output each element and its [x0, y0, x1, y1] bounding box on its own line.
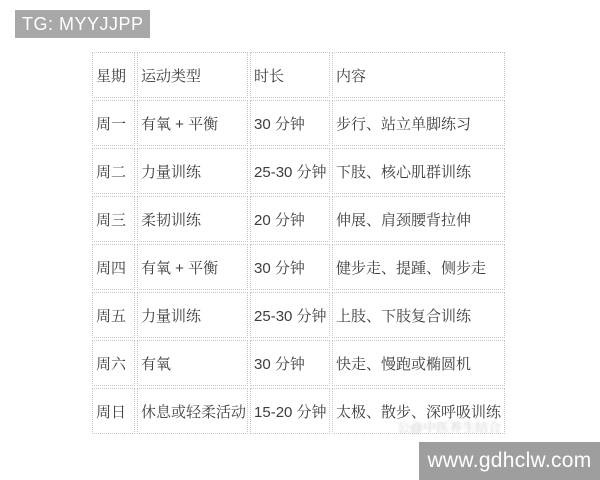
- table-row: 周三 柔韧训练 20 分钟 伸展、肩颈腰背拉伸: [92, 196, 505, 242]
- table-row: 周一 有氧 + 平衡 30 分钟 步行、站立单脚练习: [92, 100, 505, 146]
- table-header-row: 星期 运动类型 时长 内容: [92, 52, 505, 98]
- cell-day: 周五: [92, 292, 135, 338]
- cell-duration: 25-30 分钟: [250, 148, 330, 194]
- table-row: 周六 有氧 30 分钟 快走、慢跑或椭圆机: [92, 340, 505, 386]
- cell-exercise-type: 休息或轻柔活动: [137, 388, 248, 434]
- col-header-content: 内容: [332, 52, 505, 98]
- cell-duration: 30 分钟: [250, 244, 330, 290]
- cell-day: 周六: [92, 340, 135, 386]
- tg-badge: TG: MYYJJPP: [15, 10, 150, 38]
- cell-exercise-type: 力量训练: [137, 292, 248, 338]
- col-header-exercise-type: 运动类型: [137, 52, 248, 98]
- cell-exercise-type: 有氧: [137, 340, 248, 386]
- cell-duration: 30 分钟: [250, 340, 330, 386]
- cell-day: 周四: [92, 244, 135, 290]
- cell-content: 伸展、肩颈腰背拉伸: [332, 196, 505, 242]
- cell-exercise-type: 力量训练: [137, 148, 248, 194]
- cell-duration: 25-30 分钟: [250, 292, 330, 338]
- cell-day: 周一: [92, 100, 135, 146]
- cell-duration: 15-20 分钟: [250, 388, 330, 434]
- page: TG: MYYJJPP 星期 运动类型 时长 内容 周一 有氧 + 平衡 30 …: [0, 0, 600, 480]
- cell-day: 周三: [92, 196, 135, 242]
- cell-exercise-type: 柔韧训练: [137, 196, 248, 242]
- table-row: 周五 力量训练 25-30 分钟 上肢、下肢复合训练: [92, 292, 505, 338]
- cell-content: 快走、慢跑或椭圆机: [332, 340, 505, 386]
- site-url-watermark: www.gdhclw.com: [419, 442, 600, 480]
- col-header-duration: 时长: [250, 52, 330, 98]
- exercise-schedule-table: 星期 运动类型 时长 内容 周一 有氧 + 平衡 30 分钟 步行、站立单脚练习…: [90, 50, 507, 436]
- cell-content: 步行、站立单脚练习: [332, 100, 505, 146]
- cell-duration: 30 分钟: [250, 100, 330, 146]
- table-row: 周日 休息或轻柔活动 15-20 分钟 太极、散步、深呼吸训练: [92, 388, 505, 434]
- cell-content: 太极、散步、深呼吸训练: [332, 388, 505, 434]
- cell-content: 健步走、提踵、侧步走: [332, 244, 505, 290]
- cell-content: 下肢、核心肌群训练: [332, 148, 505, 194]
- col-header-day: 星期: [92, 52, 135, 98]
- table-row: 周四 有氧 + 平衡 30 分钟 健步走、提踵、侧步走: [92, 244, 505, 290]
- cell-exercise-type: 有氧 + 平衡: [137, 100, 248, 146]
- table-row: 周二 力量训练 25-30 分钟 下肢、核心肌群训练: [92, 148, 505, 194]
- cell-content: 上肢、下肢复合训练: [332, 292, 505, 338]
- cell-day: 周二: [92, 148, 135, 194]
- cell-exercise-type: 有氧 + 平衡: [137, 244, 248, 290]
- cell-duration: 20 分钟: [250, 196, 330, 242]
- cell-day: 周日: [92, 388, 135, 434]
